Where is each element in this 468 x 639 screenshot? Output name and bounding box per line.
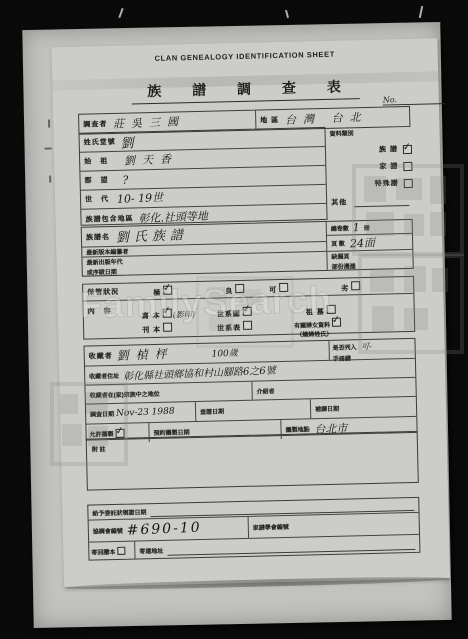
owner-age-value: 100歲 — [211, 346, 238, 360]
book-title-value: 劉氏族譜 — [115, 224, 188, 246]
category-other-label: 其他 — [331, 197, 347, 207]
contents-printed-label: 刊 本 — [142, 327, 161, 334]
category-special-label: 特殊譜 — [375, 178, 399, 189]
basic-info-table-left: 姓氏堂號 劉 始 祖 劉天香 郡 望 ? 世 代 10- 19世 族譜包含地區 — [78, 127, 327, 226]
condition-best-checkbox — [163, 286, 172, 295]
category-clan-label: 族 譜 — [379, 144, 398, 154]
condition-fair-label: 可 — [269, 287, 277, 294]
data-category-title: 資料類別 — [329, 127, 411, 138]
notes-label: 附 註 — [92, 444, 106, 453]
supplement-date-label: 補譯日期 — [315, 404, 339, 414]
microfilm-photo: CLAN GENEALOGY IDENTIFICATION SHEET 族 譜 … — [0, 0, 468, 639]
junwang-label: 郡 望 — [80, 175, 108, 186]
surveyor-value: 莊吳三國 — [113, 112, 186, 131]
category-clan-checkbox — [403, 144, 412, 153]
contents-women-note: （媳婦姓氏） — [296, 332, 332, 339]
junwang-value: ? — [122, 173, 128, 186]
missing-pages-label-1: 缺漏頁 — [331, 254, 349, 260]
contents-women-checkbox — [332, 318, 341, 327]
compiler-label: 最新版本編纂者 — [82, 247, 128, 257]
notes-table: 附 註 — [86, 431, 419, 491]
volumes-label: 總卷數 — [327, 223, 349, 233]
verify-date-label: 查證日期 — [200, 406, 224, 416]
condition-best-label: 極 — [153, 290, 161, 297]
book-info-table: 族譜名 劉氏族譜 最新版本編纂者 最新出版年代 或序跋日期 — [81, 219, 414, 277]
backing-paper: CLAN GENEALOGY IDENTIFICATION SHEET 族 譜 … — [22, 22, 451, 628]
volumes-unit-label: 冊 — [364, 223, 370, 232]
condition-good-checkbox — [235, 284, 244, 293]
listed-value-1: 可- — [361, 342, 372, 351]
owner-address-label: 收藏者住址 — [85, 370, 119, 380]
missing-pages-label-2: 部份漫漶 — [332, 264, 356, 271]
return-copy-label: 寄回謄本 — [91, 546, 115, 556]
survey-date-label: 調查日期 — [90, 409, 114, 419]
pages-value: 24面 — [349, 234, 375, 251]
return-address-label: 寄還地址 — [139, 545, 163, 555]
owner-info-table: 收藏者 劉楨枰 100歲 是否列入 可- 手冊譜 收藏者住址 彰化縣社頭鄉協和村… — [83, 338, 417, 441]
first-ancestor-label: 始 祖 — [80, 156, 108, 167]
generations-label: 世 代 — [81, 194, 109, 205]
category-family-checkbox — [403, 161, 412, 170]
category-family-label: 家 譜 — [379, 161, 398, 171]
volumes-value: 1 — [352, 221, 360, 234]
condition-poor-label: 劣 — [341, 285, 349, 292]
contents-manuscript-checkbox — [163, 309, 172, 318]
contents-title: 內 容 — [84, 306, 112, 317]
owner-position-label: 收藏者在(家)宗族中之地位 — [90, 388, 160, 399]
pages-label: 頁 數 — [327, 238, 345, 247]
page-edge-shadow — [64, 575, 450, 591]
pubdate-label-1: 最新出版年代 — [86, 260, 122, 267]
category-special-checkbox — [404, 178, 413, 187]
film-permit-checkbox — [115, 429, 124, 438]
condition-good-label: 良 — [225, 288, 233, 295]
film-scratch — [118, 8, 123, 18]
book-title-label: 族譜名 — [82, 232, 110, 243]
contents-printed-checkbox — [163, 323, 172, 332]
society-number-label: 家譜學會編號 — [253, 522, 289, 532]
pen-mark — [45, 148, 52, 150]
council-number-label: 協調會編號 — [93, 526, 123, 536]
surname-hall-value: 劉 — [120, 132, 134, 152]
surname-hall-label: 姓氏堂號 — [80, 137, 116, 148]
areas-label: 族譜包含地區 — [81, 213, 133, 224]
region-label: 地 區 — [260, 115, 279, 125]
pen-mark — [49, 176, 51, 183]
condition-fair-checkbox — [279, 283, 288, 292]
survey-date-value: Nov-23 1988 — [116, 406, 175, 418]
surveyor-label: 調查者 — [83, 119, 107, 130]
owner-label: 收藏者 — [89, 350, 113, 361]
film-scratch — [285, 10, 289, 18]
return-copy-checkbox — [117, 547, 125, 555]
region-value: 台灣 台北 — [285, 108, 368, 127]
certificate-date-label: 給予委託狀領證日期 — [88, 507, 146, 517]
contents-pedigree-chart-checkbox — [243, 307, 252, 316]
film-scratch — [419, 6, 423, 18]
condition-poor-checkbox — [351, 281, 360, 290]
contents-pedigree-table-checkbox — [243, 321, 252, 330]
pen-mark — [48, 120, 50, 128]
first-ancestor-value: 劉天香 — [124, 150, 179, 168]
form-title-chinese: 族 譜 調 查 表 — [131, 76, 360, 104]
admin-table: 給予委託狀領證日期 協調會編號 #690-10 家譜學會編號 — [87, 497, 420, 561]
pubdate-label-2: 或序跋日期 — [87, 269, 117, 276]
sheet-number-line: No. — [383, 94, 445, 105]
condition-contents-table: 保管狀況 極 良 可 劣 內 容 寫 本(影印) 世系圖 祖 墓 刊 本 世系表… — [82, 276, 415, 340]
owner-value: 劉楨枰 — [116, 345, 174, 364]
form-sheet: CLAN GENEALOGY IDENTIFICATION SHEET 族 譜 … — [51, 38, 450, 587]
introducer-label: 介紹者 — [256, 386, 274, 395]
form-title-english: CLAN GENEALOGY IDENTIFICATION SHEET — [52, 47, 438, 65]
council-number-value: #690-10 — [126, 519, 202, 538]
sheet-number-label: No. — [383, 95, 397, 104]
return-address-blank — [167, 538, 415, 555]
data-category-block: 資料類別 族 譜 家 譜 特殊譜 其他 — [329, 127, 413, 215]
contents-manuscript-note: (影印) — [173, 310, 195, 320]
generations-value: 10- 19世 — [117, 189, 164, 207]
condition-title: 保管狀況 — [83, 287, 119, 298]
contents-pedigree-table-label: 世系表 — [217, 325, 241, 333]
category-other-blank — [354, 195, 409, 207]
listed-label-1: 是否列入 — [333, 345, 357, 352]
